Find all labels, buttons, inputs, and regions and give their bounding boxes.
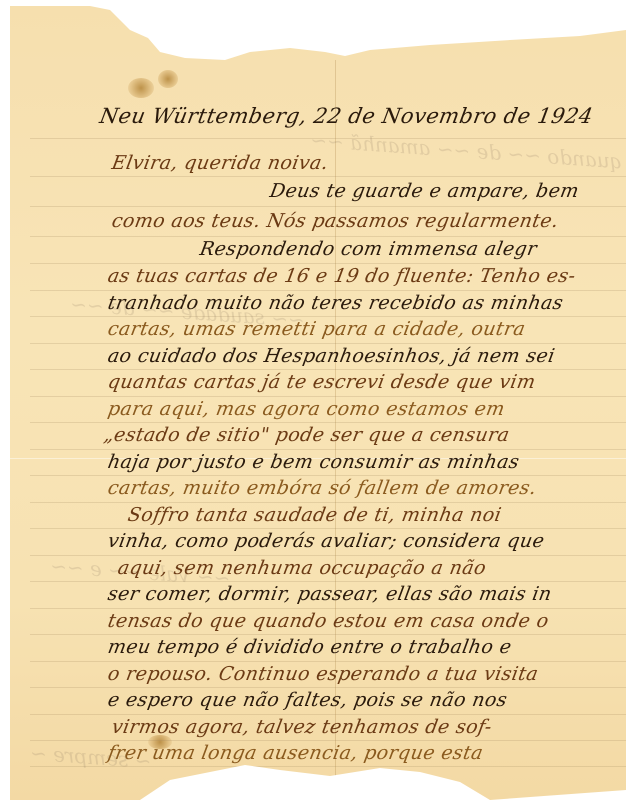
ruled-line [30,176,626,177]
ruled-line [30,343,626,344]
letter-line: ser comer, dormir, passear, ellas são ma… [106,583,554,605]
letter-line: vinha, como poderás avaliar; considera q… [106,530,546,552]
letter-line: quantas cartas já te escrevi desde que v… [106,371,537,393]
ink-stain [158,70,178,88]
ruled-line [30,740,626,741]
letter-line: cartas, muito embóra só fallem de amores… [106,477,538,499]
ruled-line [30,449,626,450]
ruled-line [30,766,626,767]
ruled-line [30,138,626,139]
letter-line: e espero que não faltes, pois se não nos [106,689,509,711]
letter-line: „estado de sitio" pode ser que a censura [102,424,511,446]
letter-line: Respondendo com immensa alegr [198,238,539,260]
ruled-line [30,422,626,423]
ruled-line [30,316,626,317]
letter-line: como aos teus. Nós passamos regularmente… [110,210,560,232]
letter-line: virmos agora, talvez tenhamos de sof- [110,716,494,738]
letter-line: tranhado muito não teres recebido as min… [106,292,565,314]
ruled-line [30,475,626,476]
letter-line: meu tempo é dividido entre o trabalho e [106,636,513,658]
ruled-line [30,502,626,503]
letter-line: Soffro tanta saudade de ti, minha noi [126,504,503,526]
letter-line: para aqui, mas agora como estamos em [106,398,507,420]
letter-line: Deus te guarde e ampare, bem [268,180,581,202]
ruled-line [30,290,626,291]
ruled-line [30,236,626,237]
ruled-line [30,369,626,370]
ink-stain [128,78,154,98]
ruled-line [30,528,626,529]
letter-line: cartas, umas remetti para a cidade, outr… [106,318,527,340]
letter-line: o repouso. Continuo esperando a tua visi… [106,663,540,685]
ruled-line [30,634,626,635]
ruled-line [30,206,626,207]
letter-line: aqui, sem nenhuma occupação a não [116,557,488,579]
letter-line: ao cuidado dos Hespanhoesinhos, já nem s… [106,345,557,367]
letter-line: tensas do que quando estou em casa onde … [106,610,550,632]
ruled-line [30,396,626,397]
ruled-line [30,608,626,609]
letter-line: as tuas cartas de 16 e 19 do fluente: Te… [106,265,577,287]
letter-place-date: Neu Württemberg, 22 de Novembro de 1924 [98,104,595,128]
ruled-line [30,263,626,264]
ruled-line [30,661,626,662]
ruled-line [30,555,626,556]
bleed-through-text: ~~ quando ~~ de ~~ amanhã ~~ [310,128,626,177]
ruled-line [30,581,626,582]
ruled-line [30,714,626,715]
letter-line: haja por justo e bem consumir as minhas [106,451,521,473]
letter-line: frer uma longa ausencia, porque esta [106,742,485,764]
letter-salutation: Elvira, querida noiva. [110,152,330,174]
ruled-line [30,687,626,688]
